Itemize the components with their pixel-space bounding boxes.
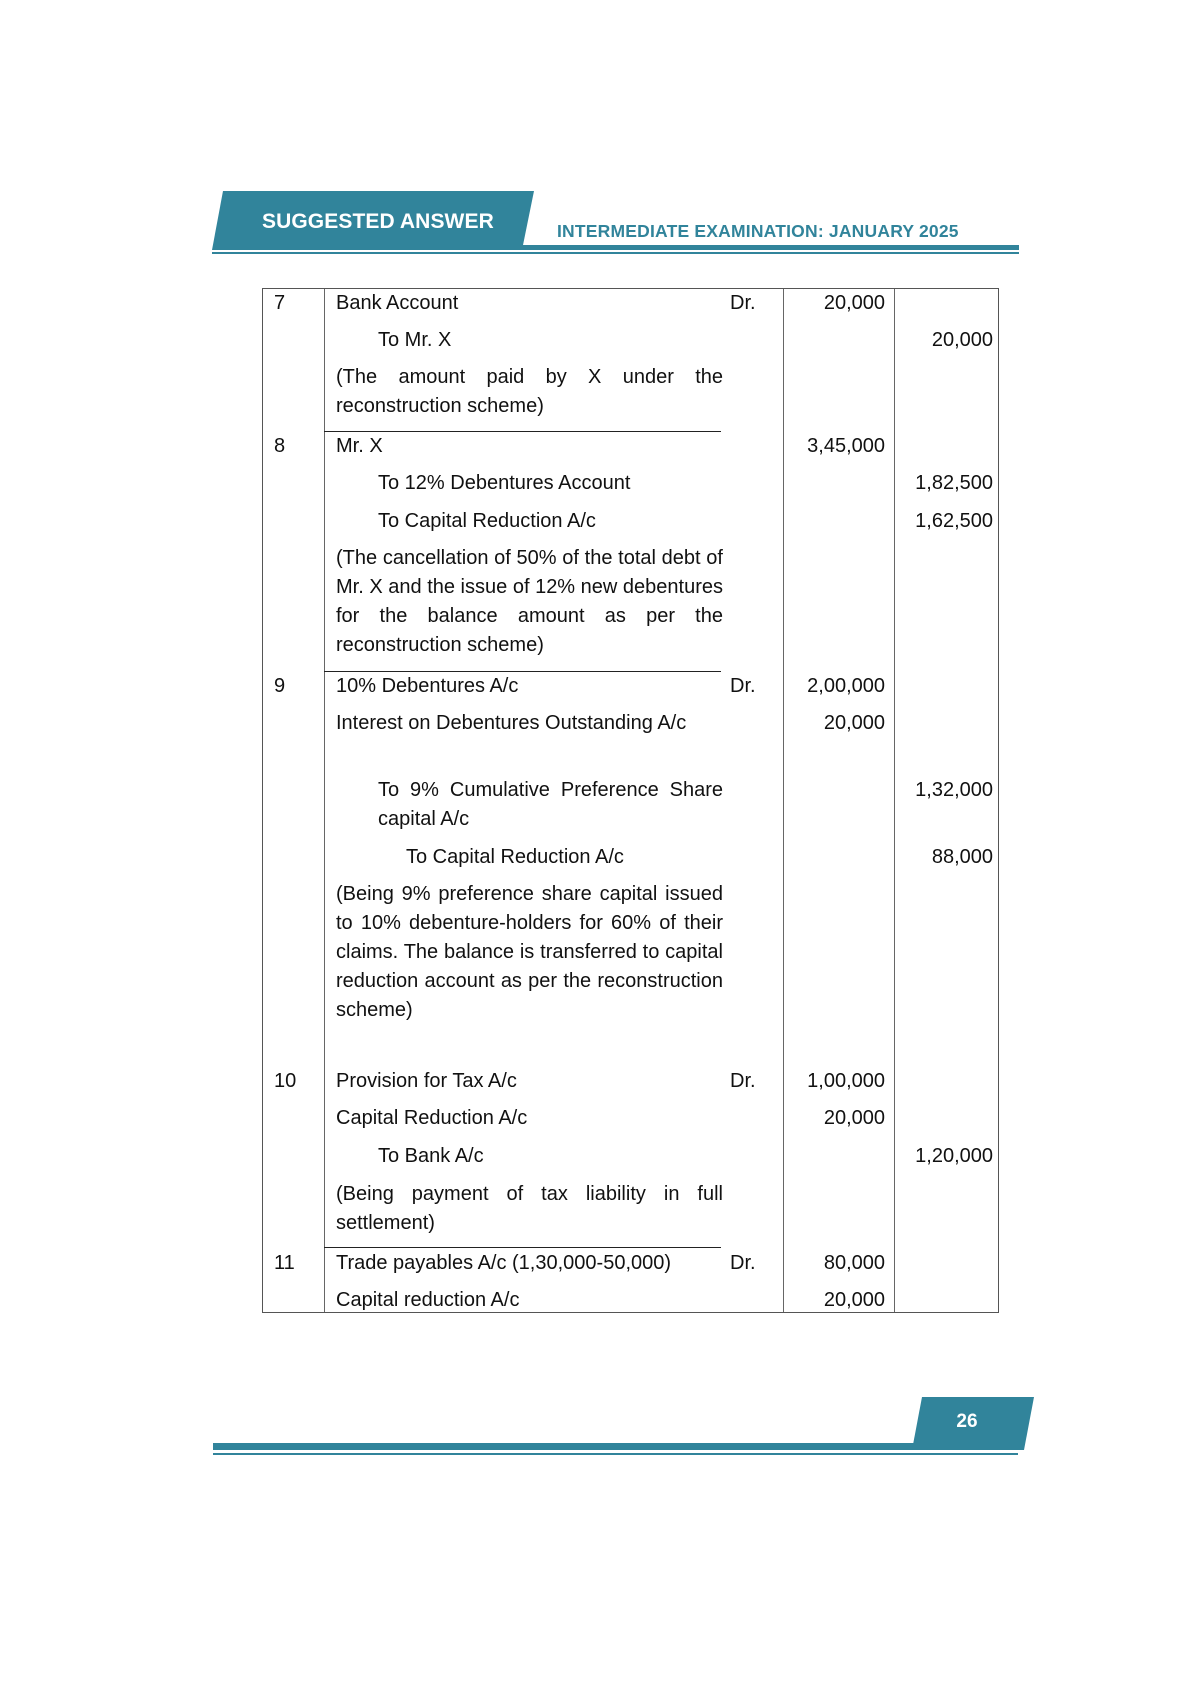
header-badge: SUGGESTED ANSWER xyxy=(212,191,534,250)
debit-account: Bank Account xyxy=(336,289,723,318)
credit-account: To Capital Reduction A/c xyxy=(378,507,723,536)
debit-amount: 20,000 xyxy=(785,1104,885,1133)
debit-account: Trade payables A/c (1,30,000-50,000) xyxy=(336,1249,723,1278)
credit-amount: 20,000 xyxy=(896,326,993,355)
column-divider xyxy=(324,289,325,1312)
entry-number: 10 xyxy=(274,1067,296,1096)
debit-account: Capital Reduction A/c xyxy=(336,1104,723,1133)
column-divider xyxy=(783,289,784,1312)
debit-account: Interest on Debentures Outstanding A/c xyxy=(336,709,723,738)
header-rule xyxy=(522,245,1019,250)
page-number-badge: 26 xyxy=(912,1397,1034,1450)
debit-account: Mr. X xyxy=(336,432,723,461)
entry-number: 9 xyxy=(274,672,285,701)
header-badge-label: SUGGESTED ANSWER xyxy=(262,210,494,234)
entry-number: 8 xyxy=(274,432,285,461)
credit-amount: 88,000 xyxy=(896,843,993,872)
debit-amount: 3,45,000 xyxy=(785,432,885,461)
credit-account: To Capital Reduction A/c xyxy=(406,843,723,872)
credit-account: To Mr. X xyxy=(378,326,723,355)
debit-account: 10% Debentures A/c xyxy=(336,672,723,701)
narration: (The cancellation of 50% of the total de… xyxy=(336,544,723,660)
footer-rule xyxy=(213,1443,918,1450)
dr-marker: Dr. xyxy=(730,672,756,701)
narration: (Being 9% preference share capital issue… xyxy=(336,880,723,1025)
credit-amount: 1,20,000 xyxy=(896,1142,993,1171)
dr-marker: Dr. xyxy=(730,289,756,318)
credit-account: To 12% Debentures Account xyxy=(378,469,723,498)
credit-amount: 1,82,500 xyxy=(896,469,993,498)
journal-entries-table: 7 Bank Account Dr. 20,000 To Mr. X 20,00… xyxy=(262,288,999,1313)
credit-amount: 1,32,000 xyxy=(896,776,993,805)
debit-amount: 20,000 xyxy=(785,709,885,738)
dr-marker: Dr. xyxy=(730,1067,756,1096)
debit-account: Capital reduction A/c xyxy=(336,1286,723,1315)
debit-amount: 2,00,000 xyxy=(785,672,885,701)
debit-amount: 80,000 xyxy=(785,1249,885,1278)
entry-number: 7 xyxy=(274,289,285,318)
credit-amount: 1,62,500 xyxy=(896,507,993,536)
debit-amount: 20,000 xyxy=(785,289,885,318)
entry-separator xyxy=(324,1247,721,1248)
header-rule-thin xyxy=(212,252,1019,254)
debit-amount: 1,00,000 xyxy=(785,1067,885,1096)
credit-account: To Bank A/c xyxy=(378,1142,723,1171)
footer-rule-thin xyxy=(213,1453,1018,1455)
page-number: 26 xyxy=(912,1411,1022,1433)
exam-title: INTERMEDIATE EXAMINATION: JANUARY 2025 xyxy=(557,221,959,242)
narration: (Being payment of tax liability in full … xyxy=(336,1180,723,1238)
column-divider xyxy=(894,289,895,1312)
debit-amount: 20,000 xyxy=(785,1286,885,1315)
credit-account: To 9% Cumulative Preference Share capita… xyxy=(378,776,723,834)
entry-number: 11 xyxy=(274,1249,295,1278)
narration: (The amount paid by X under the reconstr… xyxy=(336,363,723,421)
dr-marker: Dr. xyxy=(730,1249,756,1278)
debit-account: Provision for Tax A/c xyxy=(336,1067,723,1096)
